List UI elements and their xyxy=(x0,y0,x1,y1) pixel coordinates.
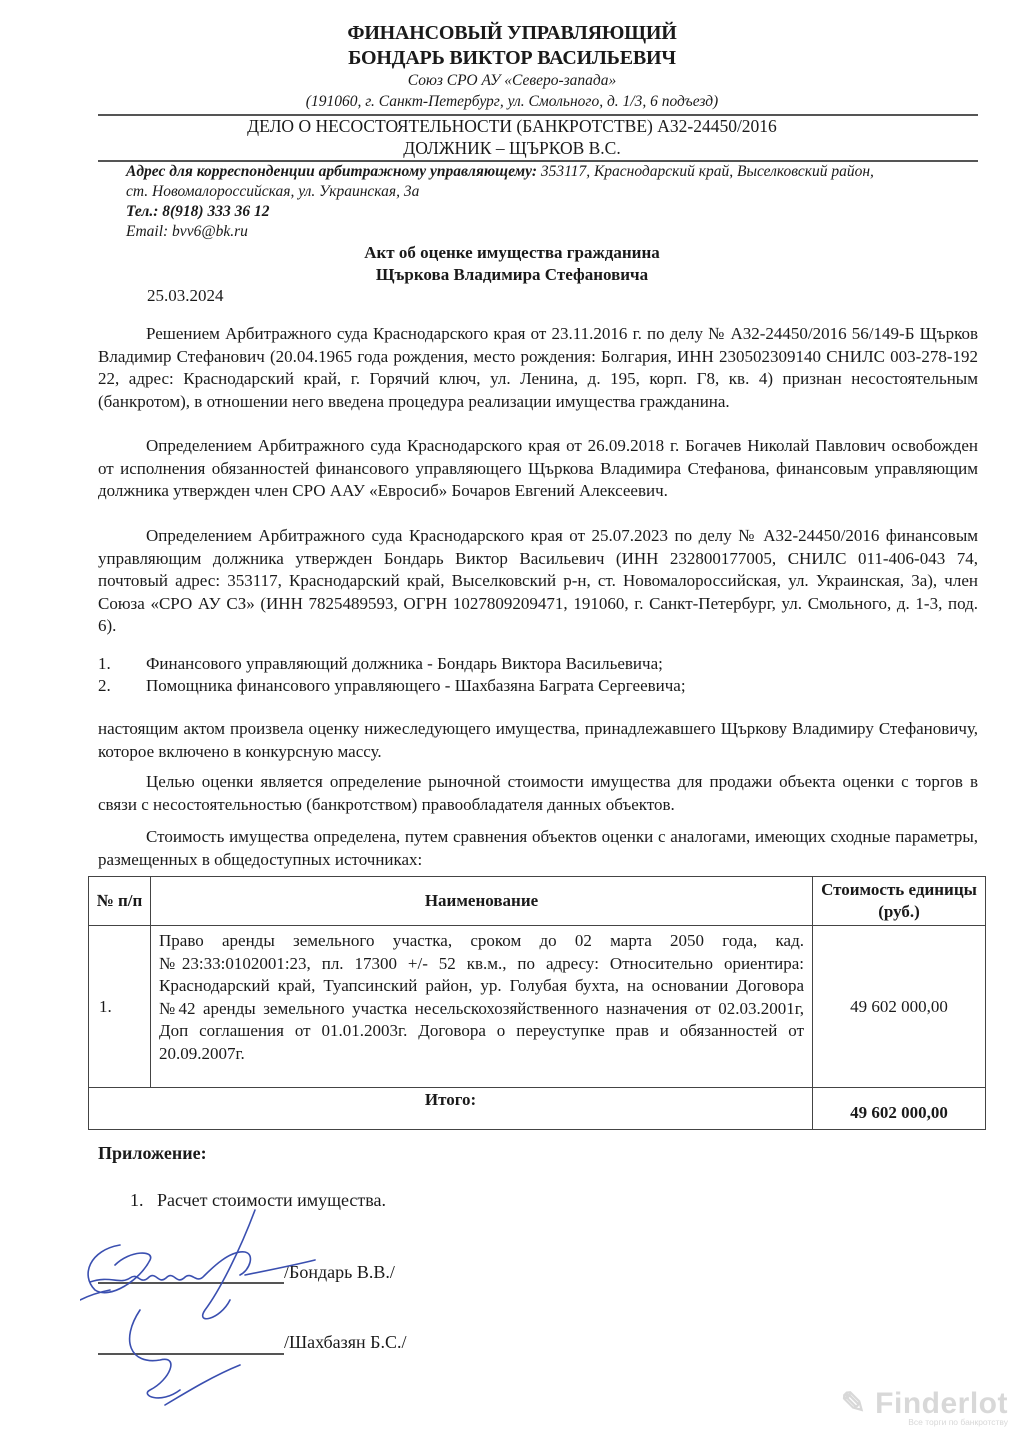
table-total-row: Итого: 49 602 000,00 xyxy=(89,1088,986,1130)
commission-item: 1.Финансового управляющий должника - Бон… xyxy=(98,653,663,676)
header-title-line1: ФИНАНСОВЫЙ УПРАВЛЯЮЩИЙ xyxy=(0,22,1024,45)
total-label: Итого: xyxy=(89,1088,813,1130)
table-header-row: № п/п Наименование Стоимость единицы (ру… xyxy=(89,877,986,926)
contact-phone: Тел.: 8(918) 333 36 12 xyxy=(126,203,269,220)
paragraph-determination-2023: Определением Арбитражного суда Краснодар… xyxy=(98,525,978,638)
header-org: Союз СРО АУ «Северо-запада» xyxy=(0,72,1024,90)
header-title-line2: БОНДАРЬ ВИКТОР ВАСИЛЬЕВИЧ xyxy=(0,47,1024,70)
col-header-number: № п/п xyxy=(89,877,151,926)
col-header-name: Наименование xyxy=(151,877,813,926)
watermark-logo-icon: ✎ xyxy=(841,1387,867,1420)
paragraph-purpose: Целью оценки является определение рыночн… xyxy=(98,771,978,816)
header-debtor: ДОЛЖНИК – ЩЪРКОВ В.С. xyxy=(0,138,1024,159)
total-value: 49 602 000,00 xyxy=(813,1088,986,1130)
act-date: 25.03.2024 xyxy=(147,286,224,306)
paragraph-decision: Решением Арбитражного суда Краснодарског… xyxy=(98,323,978,413)
contact-address-value: 353117, Краснодарский край, Выселковский… xyxy=(537,163,874,180)
row-name: Право аренды земельного участка, сроком … xyxy=(151,926,813,1088)
col-header-price: Стоимость единицы (руб.) xyxy=(813,877,986,926)
act-title-line1: Акт об оценке имущества гражданина xyxy=(0,243,1024,263)
watermark: ✎ Finderlot Все торги по банкротству xyxy=(841,1386,1008,1427)
paragraph-after-list: настоящим актом произвела оценку нижесле… xyxy=(98,718,978,763)
header-org-address: (191060, г. Санкт-Петербург, ул. Смольно… xyxy=(0,93,1024,111)
act-title-line2: Щъркова Владимира Стефановича xyxy=(0,265,1024,285)
header-case-number: ДЕЛО О НЕСОСТОЯТЕЛЬНОСТИ (БАНКРОТСТВЕ) А… xyxy=(0,116,1024,137)
contact-address: Адрес для корреспонденции арбитражному у… xyxy=(126,162,986,182)
contact-address-label: Адрес для корреспонденции арбитражному у… xyxy=(126,163,537,180)
row-price: 49 602 000,00 xyxy=(813,926,986,1088)
valuation-table: № п/п Наименование Стоимость единицы (ру… xyxy=(88,876,986,1130)
contact-address-line2: ст. Новомалороссийская, ул. Украинская, … xyxy=(126,182,986,202)
commission-item: 2.Помощника финансового управляющего - Ш… xyxy=(98,675,686,698)
paragraph-method: Стоимость имущества определена, путем ср… xyxy=(98,826,978,871)
table-row: 1. Право аренды земельного участка, срок… xyxy=(89,926,986,1088)
contact-email: Email: bvv6@bk.ru xyxy=(126,222,986,242)
handwritten-signature-icon xyxy=(80,1190,320,1440)
appendix-title: Приложение: xyxy=(98,1143,207,1164)
watermark-brand: ✎ Finderlot xyxy=(841,1386,1008,1421)
row-number: 1. xyxy=(89,926,151,1088)
paragraph-determination-2018: Определением Арбитражного суда Краснодар… xyxy=(98,435,978,503)
